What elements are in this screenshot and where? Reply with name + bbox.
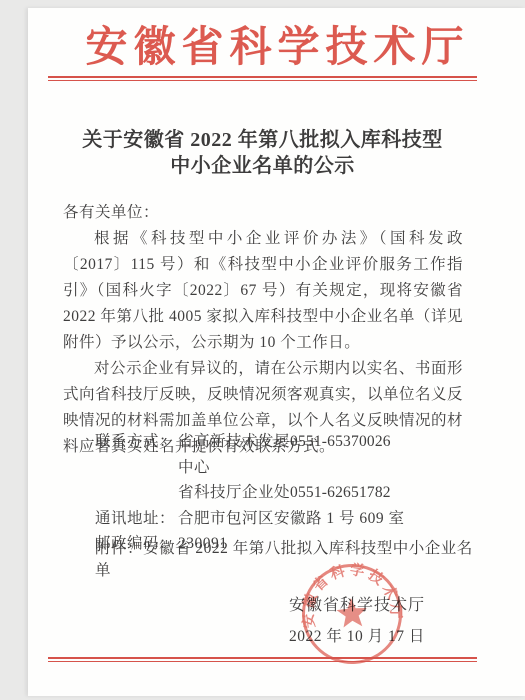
document-title-line2: 中小企业名单的公示 bbox=[55, 153, 470, 179]
contact-org: 省科技厅企业处 bbox=[178, 480, 290, 506]
contact-row: 省科技厅企业处 0551-62651782 bbox=[95, 480, 465, 506]
contact-phone: 0551-62651782 bbox=[290, 480, 391, 506]
letterhead-divider bbox=[48, 76, 477, 81]
document-title-line1: 关于安徽省 2022 年第八批拟入库科技型 bbox=[55, 127, 470, 153]
seal-star-icon bbox=[336, 597, 368, 628]
contact-row: 通讯地址： 合肥市包河区安徽路 1 号 609 室 bbox=[95, 506, 465, 532]
paragraph-basis: 根据《科技型中小企业评价办法》（国科发政〔2017〕115 号）和《科技型中小企… bbox=[63, 226, 463, 356]
contact-label bbox=[95, 480, 178, 506]
scanned-document: 安徽省科学技术厅 关于安徽省 2022 年第八批拟入库科技型 中小企业名单的公示… bbox=[0, 0, 525, 700]
salutation: 各有关单位： bbox=[63, 200, 463, 226]
contact-phone: 0551-65370026 bbox=[290, 429, 391, 480]
contact-label: 联系方式： bbox=[95, 429, 178, 480]
contact-address: 合肥市包河区安徽路 1 号 609 室 bbox=[178, 506, 405, 532]
contact-label: 通讯地址： bbox=[95, 506, 178, 532]
footer-divider bbox=[48, 657, 477, 662]
attachment-line: 附件：安徽省 2022 年第八批拟入库科技型中小企业名单 bbox=[95, 536, 475, 580]
official-seal: 安徽省科学技术厅 bbox=[298, 560, 407, 669]
contact-row: 联系方式： 省高新技术发展中心 0551-65370026 bbox=[95, 429, 465, 480]
document-title: 关于安徽省 2022 年第八批拟入库科技型 中小企业名单的公示 bbox=[55, 127, 470, 179]
document-body: 各有关单位： 根据《科技型中小企业评价办法》（国科发政〔2017〕115 号）和… bbox=[63, 200, 463, 460]
contact-org: 省高新技术发展中心 bbox=[178, 429, 290, 480]
letterhead-title: 安徽省科学技术厅 bbox=[30, 22, 525, 75]
